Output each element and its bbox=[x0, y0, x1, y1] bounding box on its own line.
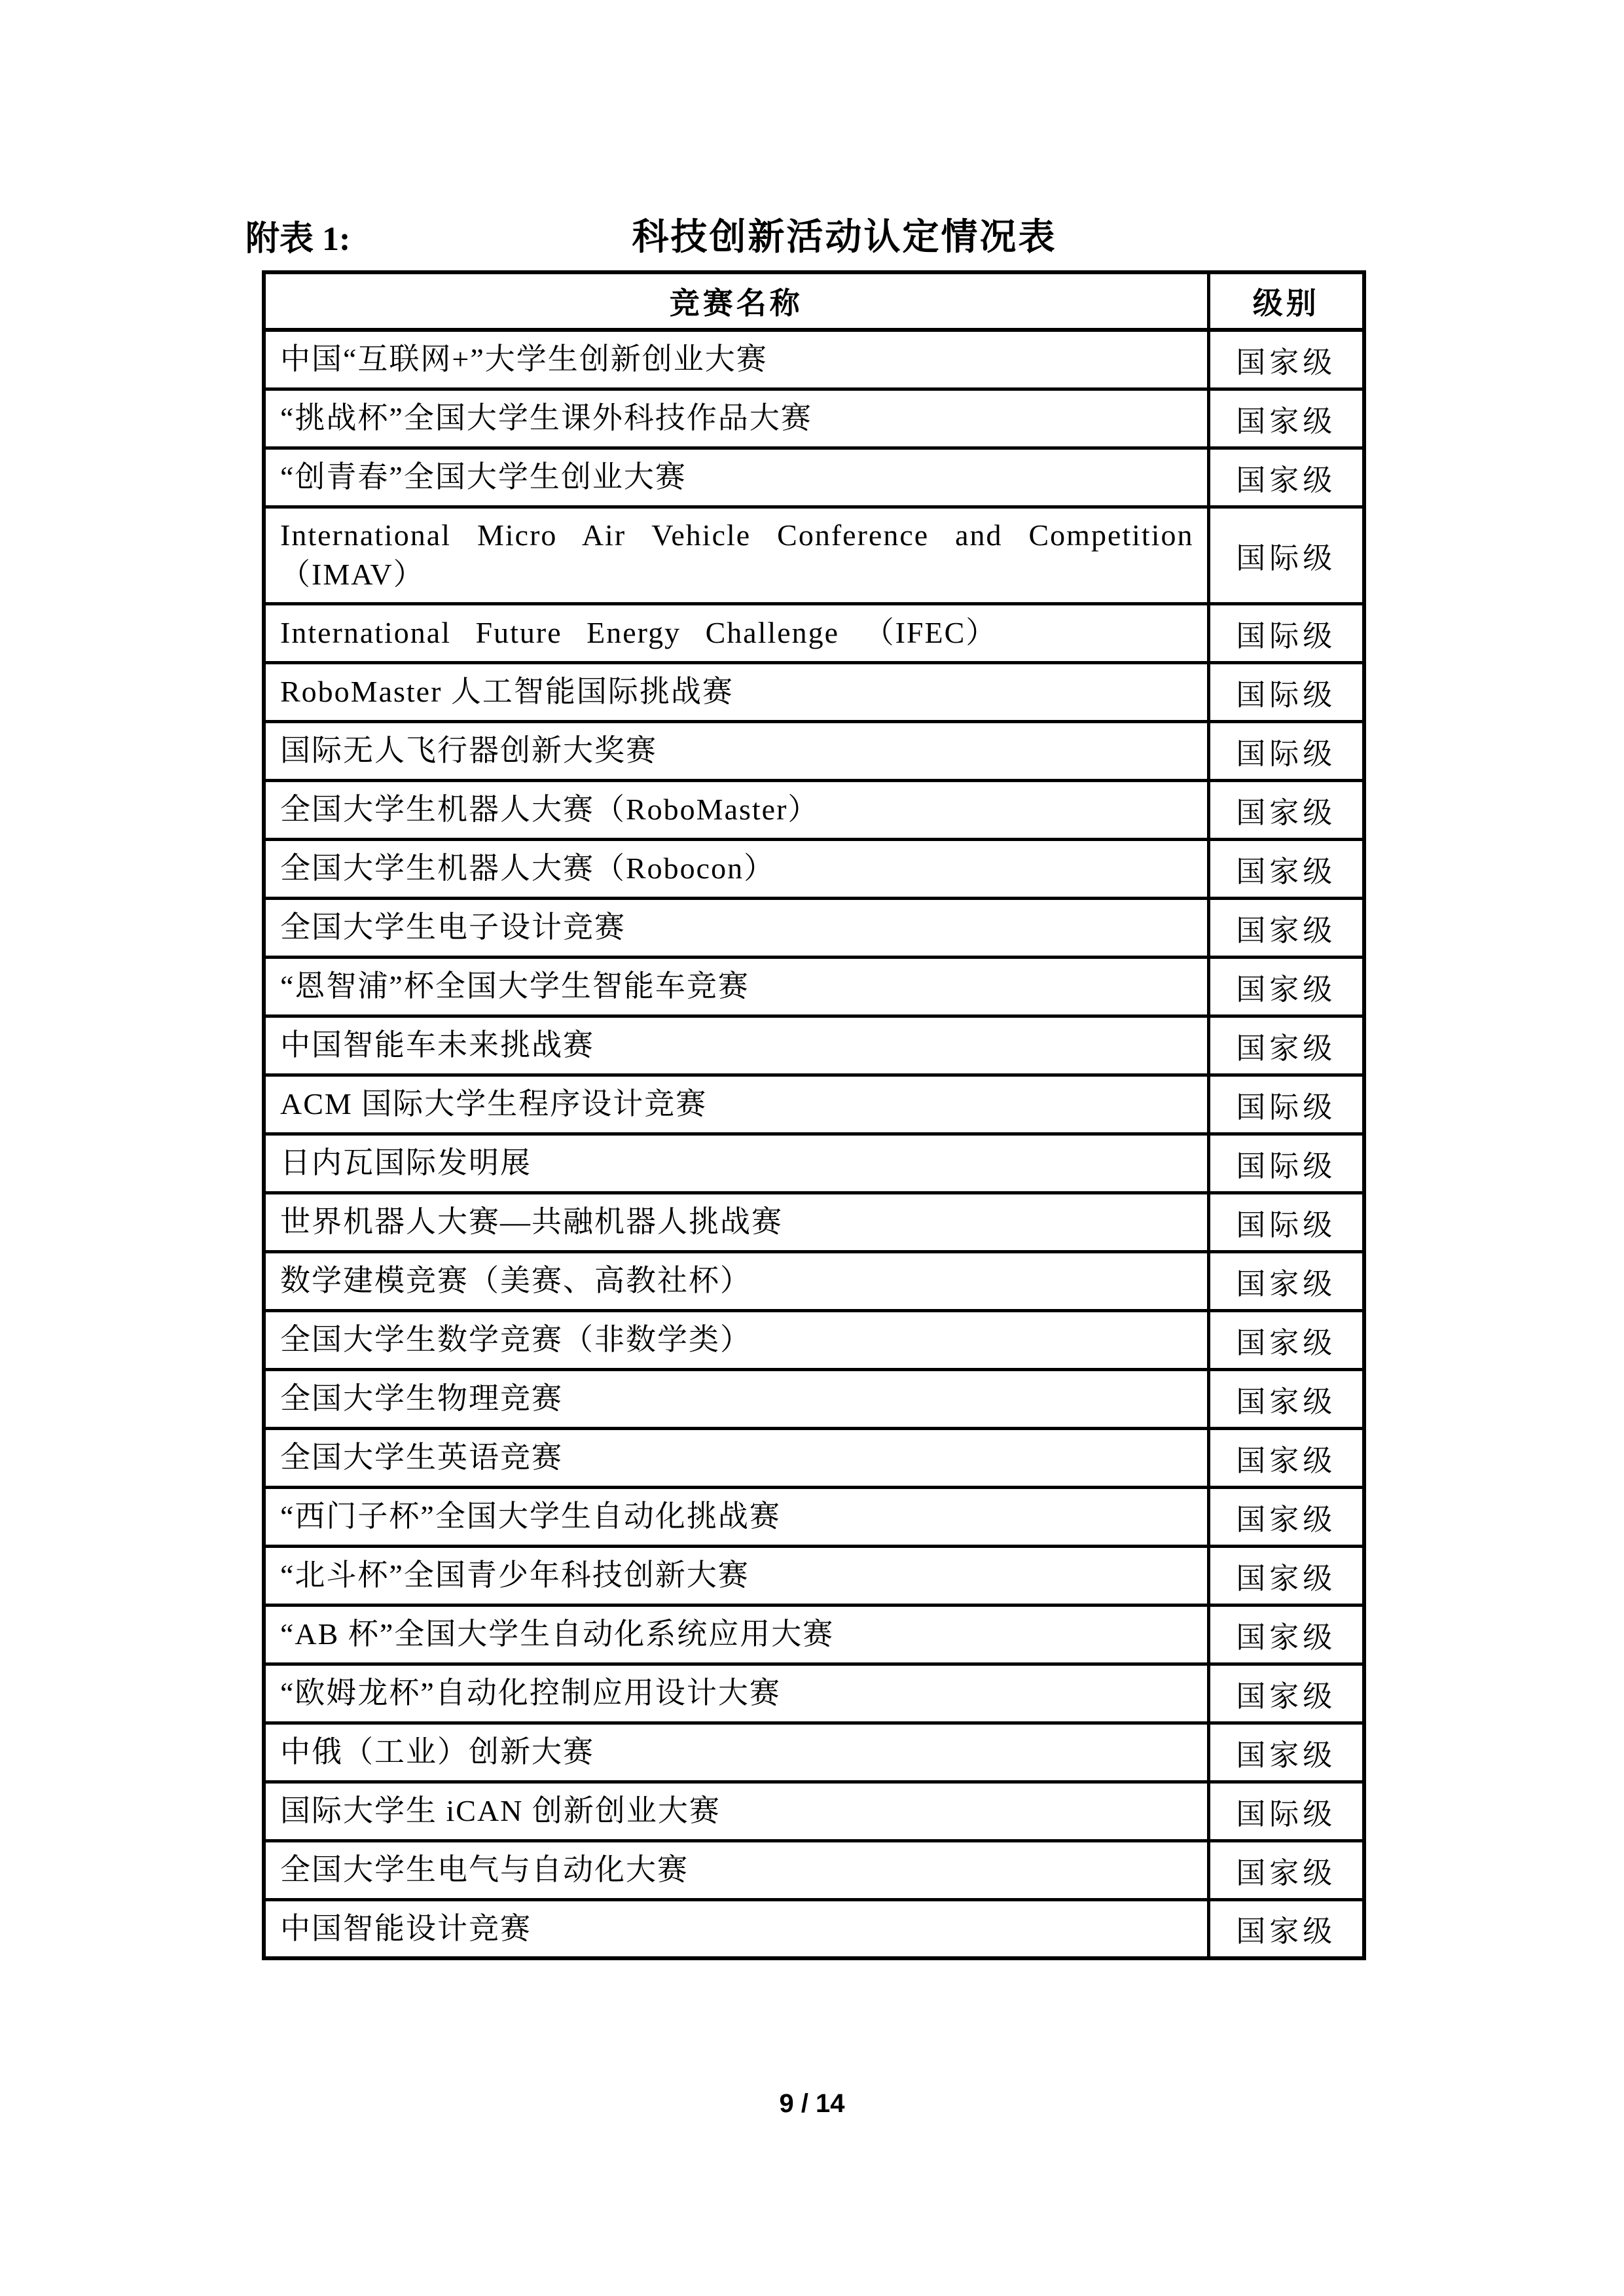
competition-name-cell: 中俄（工业）创新大赛 bbox=[264, 1723, 1208, 1782]
competition-table: 竞赛名称 级别 中国“互联网+”大学生创新创业大赛国家级“挑战杯”全国大学生课外… bbox=[262, 270, 1366, 1960]
table-row: 中俄（工业）创新大赛国家级 bbox=[264, 1723, 1364, 1782]
table-row: “北斗杯”全国青少年科技创新大赛国家级 bbox=[264, 1546, 1364, 1605]
table-row: 全国大学生电气与自动化大赛国家级 bbox=[264, 1840, 1364, 1899]
competition-name-cell: International Future Energy Challenge （I… bbox=[264, 603, 1208, 662]
level-cell: 国家级 bbox=[1208, 1840, 1364, 1899]
level-cell: 国家级 bbox=[1208, 1251, 1364, 1310]
table-body: 中国“互联网+”大学生创新创业大赛国家级“挑战杯”全国大学生课外科技作品大赛国家… bbox=[264, 330, 1364, 1958]
table-row: 全国大学生机器人大赛（Robocon）国家级 bbox=[264, 839, 1364, 898]
competition-name-cell: 中国智能车未来挑战赛 bbox=[264, 1016, 1208, 1075]
table-row: ACM 国际大学生程序设计竞赛国际级 bbox=[264, 1075, 1364, 1134]
competition-name-cell: 日内瓦国际发明展 bbox=[264, 1134, 1208, 1193]
level-cell: 国家级 bbox=[1208, 957, 1364, 1016]
competition-name-cell: “恩智浦”杯全国大学生智能车竞赛 bbox=[264, 957, 1208, 1016]
column-header-competition-name: 竞赛名称 bbox=[264, 272, 1208, 330]
table-row: “创青春”全国大学生创业大赛国家级 bbox=[264, 448, 1364, 507]
table-row: 全国大学生机器人大赛（RoboMaster）国家级 bbox=[264, 780, 1364, 839]
competition-name-cell: 全国大学生电子设计竞赛 bbox=[264, 898, 1208, 957]
level-cell: 国家级 bbox=[1208, 1723, 1364, 1782]
level-cell: 国家级 bbox=[1208, 1546, 1364, 1605]
level-cell: 国际级 bbox=[1208, 662, 1364, 721]
table-row: 世界机器人大赛—共融机器人挑战赛国际级 bbox=[264, 1193, 1364, 1251]
level-cell: 国际级 bbox=[1208, 1075, 1364, 1134]
table-row: RoboMaster 人工智能国际挑战赛国际级 bbox=[264, 662, 1364, 721]
level-cell: 国家级 bbox=[1208, 1664, 1364, 1723]
competition-name-cell: “挑战杯”全国大学生课外科技作品大赛 bbox=[264, 389, 1208, 448]
table-row: “恩智浦”杯全国大学生智能车竞赛国家级 bbox=[264, 957, 1364, 1016]
level-cell: 国家级 bbox=[1208, 389, 1364, 448]
level-cell: 国际级 bbox=[1208, 507, 1364, 603]
level-cell: 国家级 bbox=[1208, 1310, 1364, 1369]
competition-name-cell: 世界机器人大赛—共融机器人挑战赛 bbox=[264, 1193, 1208, 1251]
competition-name-cell: “北斗杯”全国青少年科技创新大赛 bbox=[264, 1546, 1208, 1605]
competition-name-cell: 国际大学生 iCAN 创新创业大赛 bbox=[264, 1782, 1208, 1840]
level-cell: 国家级 bbox=[1208, 780, 1364, 839]
table-row: 全国大学生英语竞赛国家级 bbox=[264, 1428, 1364, 1487]
column-header-level: 级别 bbox=[1208, 272, 1364, 330]
header-row: 竞赛名称 级别 bbox=[264, 272, 1364, 330]
table-row: “AB 杯”全国大学生自动化系统应用大赛国家级 bbox=[264, 1605, 1364, 1664]
competition-name-cell: 全国大学生数学竞赛（非数学类） bbox=[264, 1310, 1208, 1369]
page-title: 科技创新活动认定情况表 bbox=[452, 208, 1237, 260]
level-cell: 国际级 bbox=[1208, 1193, 1364, 1251]
level-cell: 国家级 bbox=[1208, 1605, 1364, 1664]
competition-name-cell: 数学建模竞赛（美赛、高教社杯） bbox=[264, 1251, 1208, 1310]
competition-name-cell: 全国大学生物理竞赛 bbox=[264, 1369, 1208, 1428]
table-row: “欧姆龙杯”自动化控制应用设计大赛国家级 bbox=[264, 1664, 1364, 1723]
level-cell: 国际级 bbox=[1208, 1134, 1364, 1193]
table-row: 中国“互联网+”大学生创新创业大赛国家级 bbox=[264, 330, 1364, 389]
competition-name-cell: “欧姆龙杯”自动化控制应用设计大赛 bbox=[264, 1664, 1208, 1723]
table-row: 国际大学生 iCAN 创新创业大赛国际级 bbox=[264, 1782, 1364, 1840]
level-cell: 国际级 bbox=[1208, 721, 1364, 780]
competition-name-cell: “西门子杯”全国大学生自动化挑战赛 bbox=[264, 1487, 1208, 1546]
level-cell: 国家级 bbox=[1208, 1487, 1364, 1546]
competition-name-cell: 中国智能设计竞赛 bbox=[264, 1899, 1208, 1958]
competition-name-cell: International Micro Air Vehicle Conferen… bbox=[264, 507, 1208, 603]
competition-name-cell: 中国“互联网+”大学生创新创业大赛 bbox=[264, 330, 1208, 389]
table-row: International Micro Air Vehicle Conferen… bbox=[264, 507, 1364, 603]
level-cell: 国家级 bbox=[1208, 1899, 1364, 1958]
level-cell: 国家级 bbox=[1208, 330, 1364, 389]
level-cell: 国际级 bbox=[1208, 603, 1364, 662]
appendix-label: 附表 1: bbox=[245, 211, 350, 260]
competition-name-cell: 全国大学生英语竞赛 bbox=[264, 1428, 1208, 1487]
level-cell: 国家级 bbox=[1208, 839, 1364, 898]
table-row: “挑战杯”全国大学生课外科技作品大赛国家级 bbox=[264, 389, 1364, 448]
table-row: “西门子杯”全国大学生自动化挑战赛国家级 bbox=[264, 1487, 1364, 1546]
competition-name-cell: 全国大学生电气与自动化大赛 bbox=[264, 1840, 1208, 1899]
level-cell: 国家级 bbox=[1208, 1428, 1364, 1487]
level-cell: 国家级 bbox=[1208, 448, 1364, 507]
competition-name-cell: ACM 国际大学生程序设计竞赛 bbox=[264, 1075, 1208, 1134]
document-page: 附表 1: 科技创新活动认定情况表 竞赛名称 级别 中国“互联网+”大学生创新创… bbox=[0, 0, 1624, 2296]
competition-name-cell: 全国大学生机器人大赛（Robocon） bbox=[264, 839, 1208, 898]
competition-name-cell: “创青春”全国大学生创业大赛 bbox=[264, 448, 1208, 507]
level-cell: 国家级 bbox=[1208, 898, 1364, 957]
table-row: 全国大学生电子设计竞赛国家级 bbox=[264, 898, 1364, 957]
level-cell: 国家级 bbox=[1208, 1016, 1364, 1075]
level-cell: 国家级 bbox=[1208, 1369, 1364, 1428]
table-row: 中国智能设计竞赛国家级 bbox=[264, 1899, 1364, 1958]
table-row: 国际无人飞行器创新大奖赛国际级 bbox=[264, 721, 1364, 780]
level-cell: 国际级 bbox=[1208, 1782, 1364, 1840]
table-row: 数学建模竞赛（美赛、高教社杯）国家级 bbox=[264, 1251, 1364, 1310]
page-number: 9 / 14 bbox=[0, 2089, 1624, 2119]
competition-name-cell: “AB 杯”全国大学生自动化系统应用大赛 bbox=[264, 1605, 1208, 1664]
table-row: 日内瓦国际发明展国际级 bbox=[264, 1134, 1364, 1193]
table-row: 全国大学生数学竞赛（非数学类）国家级 bbox=[264, 1310, 1364, 1369]
competition-name-cell: 国际无人飞行器创新大奖赛 bbox=[264, 721, 1208, 780]
table-row: 中国智能车未来挑战赛国家级 bbox=[264, 1016, 1364, 1075]
competition-name-cell: RoboMaster 人工智能国际挑战赛 bbox=[264, 662, 1208, 721]
competition-name-cell: 全国大学生机器人大赛（RoboMaster） bbox=[264, 780, 1208, 839]
table-row: 全国大学生物理竞赛国家级 bbox=[264, 1369, 1364, 1428]
table-row: International Future Energy Challenge （I… bbox=[264, 603, 1364, 662]
